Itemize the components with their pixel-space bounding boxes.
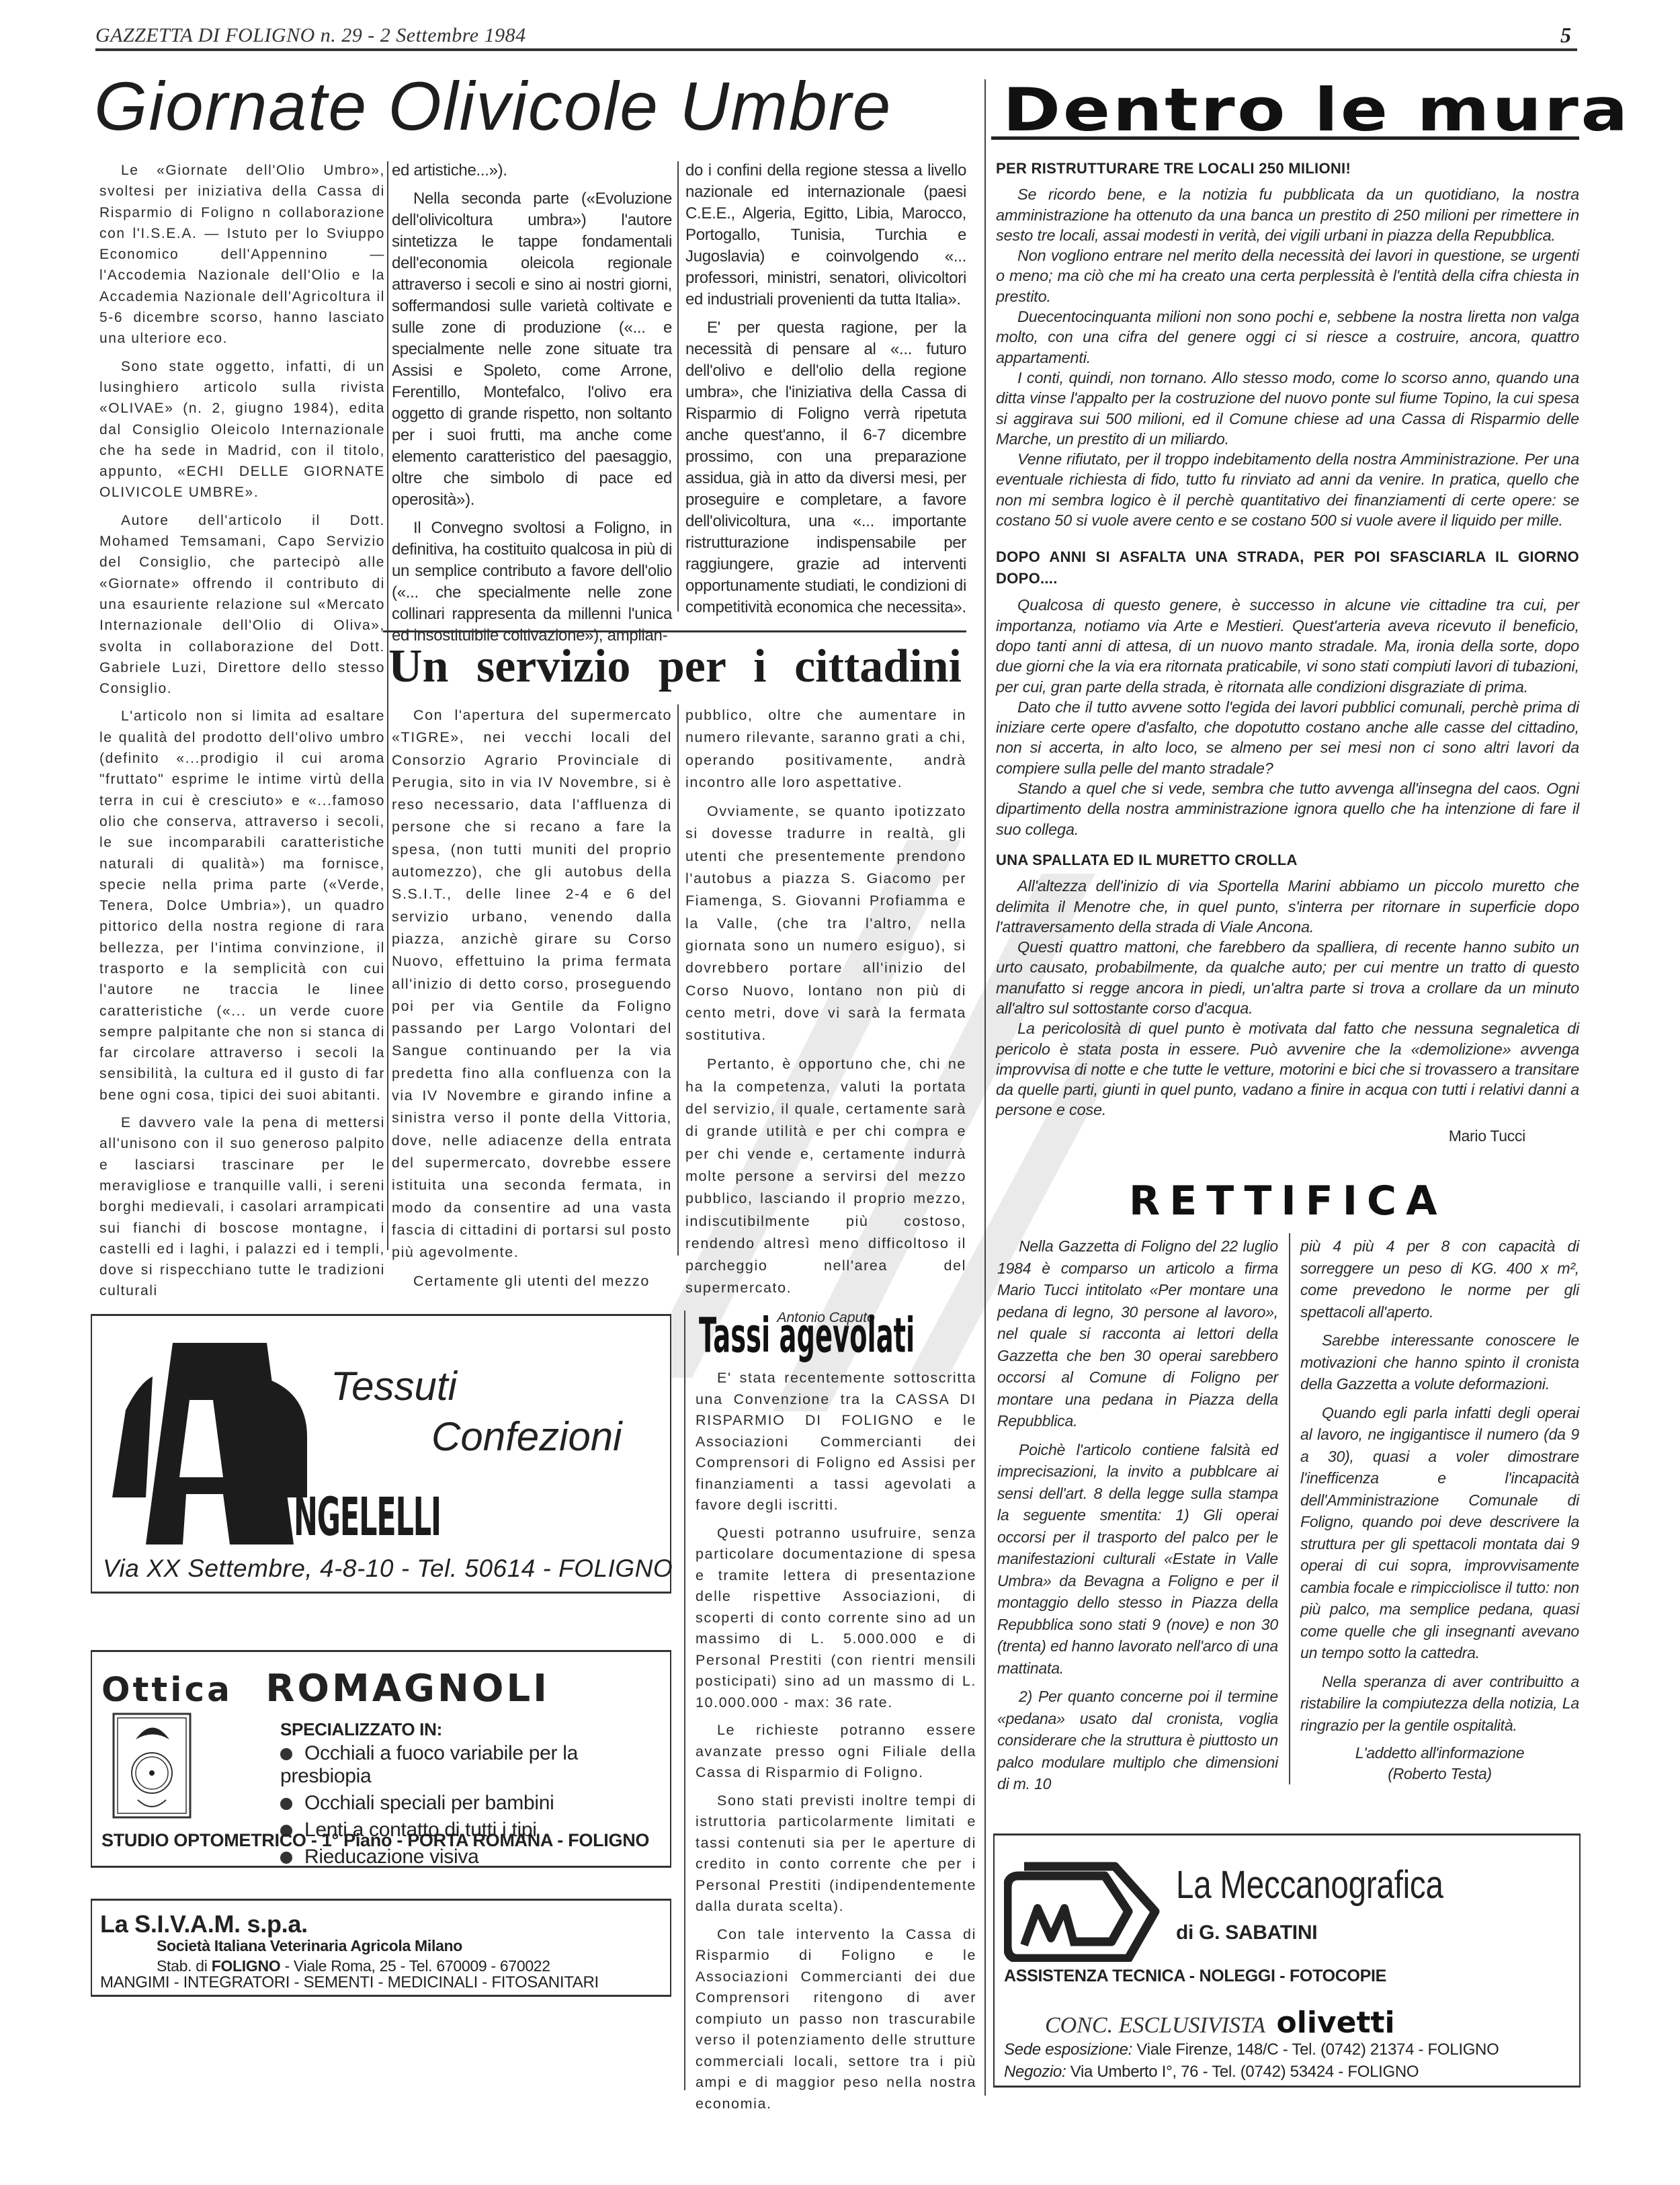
- page-number: 5: [1560, 23, 1571, 48]
- angelelli-logo-text: NGELELLI: [294, 1487, 441, 1548]
- paragraph: Il Convegno svoltosi a Foligno, in defin…: [392, 518, 672, 647]
- servizio-article-column-1: Con l'apertura del supermercato «TIGRE»,…: [392, 704, 672, 1300]
- paragraph: Venne rifiutato, per il troppo indebitam…: [996, 449, 1579, 530]
- bullet-icon: [280, 1852, 292, 1864]
- masthead-title: GAZZETTA DI FOLIGNO n. 29 - 2 Settembre …: [95, 24, 526, 47]
- ad-title: La Meccanografica: [1176, 1862, 1443, 1907]
- paragraph: Nella seconda parte («Evoluzione dell'ol…: [392, 188, 672, 511]
- paragraph: Questi quattro mattoni, che farebbero da…: [996, 937, 1579, 1018]
- advertisement-ottica-romagnoli: Ottica ROMAGNOLI SPECIALIZZATO IN: Occhi…: [91, 1650, 671, 1868]
- signature-name: (Roberto Testa): [1300, 1764, 1579, 1784]
- olive-article-column-2: ed artistiche...»). Nella seconda parte …: [392, 160, 672, 653]
- bullet-icon: [280, 1748, 292, 1760]
- paragraph: Stando a quel che si vede, sembra che tu…: [996, 778, 1579, 839]
- section-rule: [991, 136, 1579, 140]
- ad-subtitle: di G. SABATINI: [1176, 1922, 1317, 1944]
- ad-line: Tessuti: [331, 1363, 457, 1409]
- section-subhead: UNA SPALLATA ED IL MURETTO CROLLA: [996, 850, 1579, 870]
- dentro-le-mura-body: PER RISTRUTTURARE TRE LOCALI 250 MILIONI…: [996, 153, 1579, 1146]
- paragraph: Duecentocinquanta milioni non sono pochi…: [996, 306, 1579, 368]
- ad-title: La S.I.V.A.M. s.p.a.: [100, 1910, 308, 1938]
- tassi-agevolati-body: E' stata recentemente sottoscritta una C…: [696, 1368, 976, 2121]
- paragraph: Dato che il tutto avvene sotto l'egida d…: [996, 697, 1579, 778]
- olive-article-headline: Giornate Olivicole Umbre: [94, 67, 892, 146]
- paragraph: Con tale intervento la Cassa di Risparmi…: [696, 1924, 976, 2115]
- ad-address-showroom: Sede esposizione: Viale Firenze, 148/C -…: [1004, 2040, 1499, 2059]
- paragraph: Nella speranza di aver contribuitto a ri…: [1300, 1671, 1579, 1737]
- servizio-article-column-2: pubblico, oltre che aumentare in numero …: [685, 704, 966, 1329]
- paragraph: Qualcosa di questo genere, è successo in…: [996, 595, 1579, 696]
- ad-services: ASSISTENZA TECNICA - NOLEGGI - FOTOCOPIE: [1004, 1967, 1386, 1986]
- paragraph: Ovviamente, se quanto ipotizzato si dove…: [685, 800, 966, 1046]
- list-item: Occhiali speciali per bambini: [280, 1792, 670, 1815]
- paragraph: Nella Gazzetta di Foligno del 22 luglio …: [997, 1235, 1278, 1432]
- olivetti-brand: olivetti: [1277, 2006, 1395, 2040]
- paragraph: Quando egli parla infatti degli operai a…: [1300, 1402, 1579, 1664]
- rettifica-headline: RETTIFICA: [1129, 1178, 1447, 1225]
- paragraph: Non vogliono entrare nel merito della ne…: [996, 245, 1579, 306]
- rettifica-column-2: più 4 più 4 per 8 con capacità di sorreg…: [1300, 1235, 1579, 1784]
- ad-address: Stab. di FOLIGNO - Viale Roma, 25 - Tel.…: [157, 1957, 550, 1975]
- advertisement-sivam: La S.I.V.A.M. s.p.a. Società Italiana Ve…: [91, 1899, 671, 1997]
- column-divider: [677, 161, 679, 612]
- paragraph: Poichè l'articolo contiene falsità ed im…: [997, 1439, 1278, 1680]
- paragraph: E' stata recentemente sottoscritta una C…: [696, 1368, 976, 1516]
- section-subhead: DOPO ANNI SI ASFALTA UNA STRADA, PER POI…: [996, 546, 1579, 589]
- olive-article-column-3: do i confini della regione stessa a live…: [685, 160, 966, 625]
- paragraph: Sono state oggetto, infatti, di un lusin…: [99, 356, 385, 503]
- paragraph: Con l'apertura del supermercato «TIGRE»,…: [392, 704, 672, 1264]
- advertisement-angelelli: NGELELLI Tessuti Confezioni Via XX Sette…: [91, 1314, 671, 1594]
- tassi-agevolati-headline: Tassi agevolati: [699, 1307, 915, 1364]
- column-divider: [1289, 1233, 1290, 1784]
- ad-dealer: CONC. ESCLUSIVISTA olivetti: [1045, 2006, 1395, 2040]
- column-divider: [684, 1311, 685, 2090]
- column-divider: [387, 161, 388, 1250]
- signature-role: L'addetto all'informazione: [1300, 1743, 1579, 1764]
- ad-dealer-label: CONC. ESCLUSIVISTA: [1045, 2013, 1265, 2038]
- ad-subtitle: Società Italiana Veterinaria Agricola Mi…: [157, 1937, 462, 1955]
- advertisement-meccanografica: La Meccanografica di G. SABATINI ASSISTE…: [993, 1833, 1581, 2088]
- article-author: Mario Tucci: [996, 1126, 1525, 1146]
- ad-footer: STUDIO OPTOMETRICO - 1° Piano - PORTA RO…: [101, 1830, 649, 1851]
- paragraph: Sarebbe interessante conoscere le motiva…: [1300, 1329, 1579, 1395]
- olive-article-column-1: Le «Giornate dell'Olio Umbro», svoltesi …: [99, 160, 385, 1309]
- column-divider: [677, 704, 679, 1255]
- paragraph: do i confini della regione stessa a live…: [685, 160, 966, 311]
- paragraph: 2) Per quanto concerne poi il termine «p…: [997, 1686, 1278, 1795]
- servizio-article-headline: Un servizio per i cittadini: [388, 640, 962, 694]
- column-divider: [984, 79, 986, 2096]
- paragraph: E davvero vale la pena di mettersi all'u…: [99, 1112, 385, 1302]
- ad-title: Ottica ROMAGNOLI: [101, 1667, 550, 1710]
- bullet-icon: [280, 1798, 292, 1810]
- eye-lens-logo-icon: [112, 1713, 192, 1819]
- meccanografica-logo-icon: [1004, 1861, 1165, 1962]
- ad-subtitle: SPECIALIZZATO IN:: [280, 1719, 442, 1740]
- ad-products: MANGIMI - INTEGRATORI - SEMENTI - MEDICI…: [100, 1973, 599, 1992]
- paragraph: Certamente gli utenti del mezzo: [392, 1270, 672, 1292]
- ad-title-light: Ottica: [101, 1670, 233, 1709]
- rettifica-column-1: Nella Gazzetta di Foligno del 22 luglio …: [997, 1235, 1278, 1802]
- paragraph: All'altezza dell'inizio di via Sportella…: [996, 876, 1579, 937]
- section-rule: [383, 630, 966, 632]
- ad-address-shop: Negozio: Via Umberto I°, 76 - Tel. (0742…: [1004, 2063, 1419, 2081]
- list-item: Occhiali a fuoco variabile per la presbi…: [280, 1742, 670, 1788]
- ad-address: Via XX Settembre, 4-8-10 - Tel. 50614 - …: [103, 1555, 673, 1583]
- paragraph: Sono stati previsti inoltre tempi di ist…: [696, 1790, 976, 1918]
- section-subhead: PER RISTRUTTURARE TRE LOCALI 250 MILIONI…: [996, 159, 1579, 179]
- ad-title-bold: ROMAGNOLI: [265, 1667, 550, 1710]
- paragraph: La pericolosità di quel punto è motivata…: [996, 1018, 1579, 1120]
- paragraph: più 4 più 4 per 8 con capacità di sorreg…: [1300, 1235, 1579, 1323]
- paragraph: Le richieste potranno essere avanzate pr…: [696, 1720, 976, 1784]
- ad-service-list: Occhiali a fuoco variabile per la presbi…: [280, 1738, 670, 1872]
- masthead-rule: [95, 48, 1577, 51]
- paragraph: I conti, quindi, non tornano. Allo stess…: [996, 368, 1579, 449]
- paragraph: E' per questa ragione, per la necessità …: [685, 317, 966, 618]
- paragraph: L'articolo non si limita ad esaltare le …: [99, 706, 385, 1106]
- paragraph: Pertanto, è opportuno che, chi ne ha la …: [685, 1053, 966, 1299]
- paragraph: Se ricordo bene, e la notizia fu pubblic…: [996, 184, 1579, 245]
- paragraph: Questi potranno usufruire, senza partico…: [696, 1523, 976, 1714]
- paragraph: ed artistiche...»).: [392, 160, 672, 181]
- paragraph: Le «Giornate dell'Olio Umbro», svoltesi …: [99, 160, 385, 349]
- paragraph: Autore dell'articolo il Dott. Mohamed Te…: [99, 510, 385, 700]
- paragraph: pubblico, oltre che aumentare in numero …: [685, 704, 966, 794]
- ad-line: Confezioni: [431, 1413, 622, 1460]
- dentro-le-mura-headline: Dentro le mura: [1003, 75, 1630, 145]
